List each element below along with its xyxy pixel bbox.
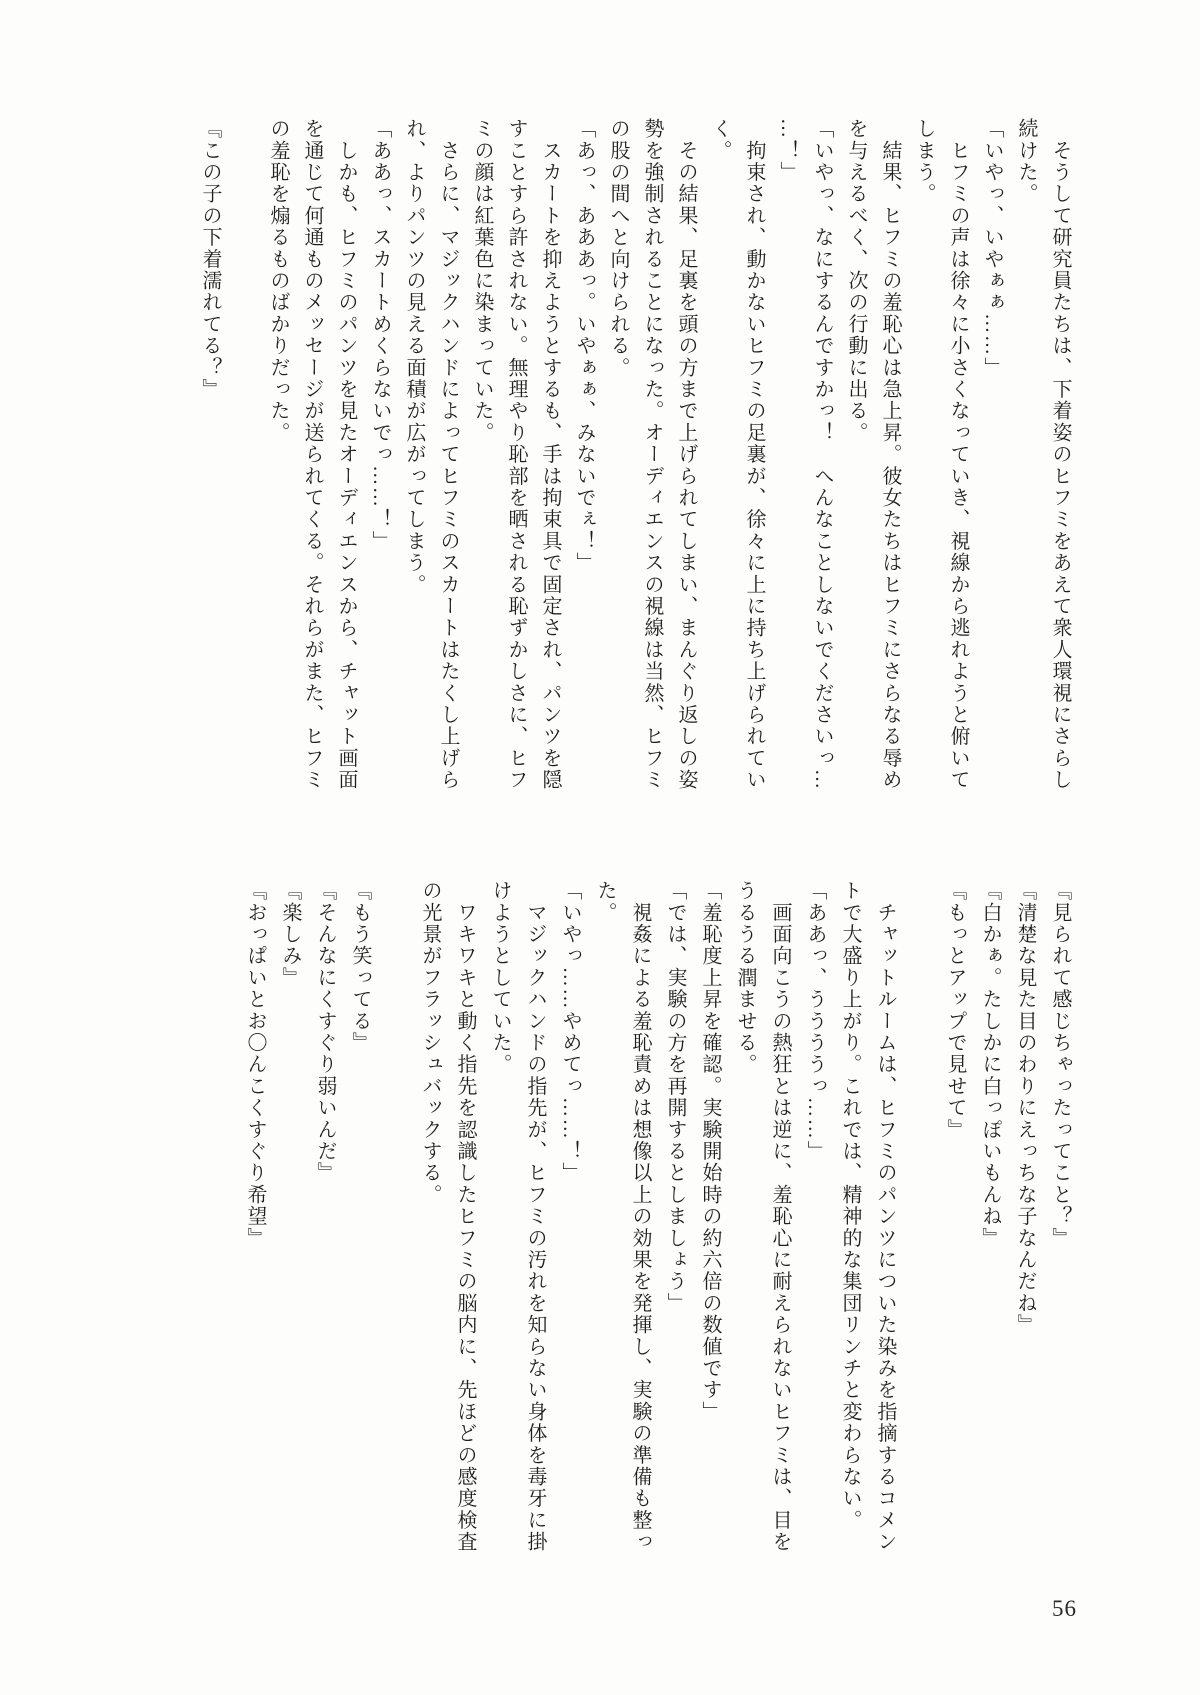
text-column — [227, 118, 261, 824]
text-column: 『この子の下着濡れてる？』 — [193, 118, 227, 824]
text-column: 「ああっ、スカートめくらないでっ……！」 — [363, 118, 397, 824]
text-column: 画面向こうの熱狂とは逆に、羞恥心に耐えられないヒフミは、目を — [762, 880, 797, 1556]
text-column: ヒフミの声は徐々に小さくなっていき、視線から逃れようと俯いて — [941, 118, 975, 824]
text-column: 「いやっ……やめてっ……！」 — [552, 880, 587, 1556]
text-column: …！」 — [771, 118, 805, 824]
text-column: た。 — [587, 880, 622, 1556]
text-column: を与えるべく、次の行動に出る。 — [839, 118, 873, 824]
text-column: 『楽しみ』 — [272, 880, 307, 1556]
text-column: すことすら許されない。無理やり恥部を晒される恥ずかしさに、ヒフ — [499, 118, 533, 824]
text-column: を通じて何通ものメッセージが送られてくる。それらがまた、ヒフミ — [295, 118, 329, 824]
text-column: 「羞恥度上昇を確認。実験開始時の約六倍の数値です」 — [692, 880, 727, 1556]
text-column: その結果、足裏を頭の方まで上げられてしまい、まんぐり返しの姿 — [669, 118, 703, 824]
text-column: の股の間へと向けられる。 — [601, 118, 635, 824]
text-column: 結果、ヒフミの羞恥心は急上昇。彼女たちはヒフミにさらなる辱め — [873, 118, 907, 824]
text-column: けようとしていた。 — [482, 880, 517, 1556]
text-column: 「では、実験の方を再開するとしましょう」 — [657, 880, 692, 1556]
text-column: れ、よりパンツの見える面積が広がってしまう。 — [397, 118, 431, 824]
novel-page: そうして研究員たちは、下着姿のヒフミをあえて衆人環視にさらし続けた。「いやっ、い… — [0, 0, 1200, 1695]
text-column: 「いやっ、いやぁぁ……」 — [975, 118, 1009, 824]
text-column: の光景がフラッシュバックする。 — [412, 880, 447, 1556]
text-column: く。 — [703, 118, 737, 824]
text-column: うるうる潤ませる。 — [727, 880, 762, 1556]
text-column: 『もっとアップで見せて』 — [937, 880, 972, 1556]
text-column: 『もう笑ってる』 — [342, 880, 377, 1556]
text-column: そうして研究員たちは、下着姿のヒフミをあえて衆人環視にさらし — [1043, 118, 1077, 824]
text-column: 視姦による羞恥責めは想像以上の効果を発揮し、実験の準備も整っ — [622, 880, 657, 1556]
page-number: 56 — [1052, 1596, 1077, 1622]
text-column: チャットルームは、ヒフミのパンツについた染みを指摘するコメン — [867, 880, 902, 1556]
text-column: 勢を強制されることになった。オーディエンスの視線は当然、ヒフミ — [635, 118, 669, 824]
text-column: 『見られて感じちゃったってこと？』 — [1042, 880, 1077, 1556]
upper-text-block: そうして研究員たちは、下着姿のヒフミをあえて衆人環視にさらし続けた。「いやっ、い… — [193, 118, 1077, 824]
text-column: ミの顔は紅葉色に染まっていた。 — [465, 118, 499, 824]
text-column: 「あっ、あああっ。いやぁぁ、みないでぇ！」 — [567, 118, 601, 824]
text-column: 「ああっ、ううううっ……」 — [797, 880, 832, 1556]
text-column: さらに、マジックハンドによってヒフミのスカートはたくし上げら — [431, 118, 465, 824]
text-column: 『白かぁ。たしかに白っぽいもんね』 — [972, 880, 1007, 1556]
lower-text-block: 『見られて感じちゃったってこと？』『清楚な見た目のわりにえっちな子なんだね』『白… — [237, 880, 1077, 1556]
text-column: 拘束され、動かないヒフミの足裏が、徐々に上に持ち上げられてい — [737, 118, 771, 824]
text-column: の羞恥を煽るものばかりだった。 — [261, 118, 295, 824]
text-column: しかも、ヒフミのパンツを見たオーディエンスから、チャット画面 — [329, 118, 363, 824]
text-column: 『清楚な見た目のわりにえっちな子なんだね』 — [1007, 880, 1042, 1556]
text-column: マジックハンドの指先が、ヒフミの汚れを知らない身体を毒牙に掛 — [517, 880, 552, 1556]
text-column: しまう。 — [907, 118, 941, 824]
text-column: 「いやっ、なにするんですかっ！ へんなことしないでくださいっ… — [805, 118, 839, 824]
text-column: 『おっぱいとお〇んこくすぐり希望』 — [237, 880, 272, 1556]
text-column: 『そんなにくすぐり弱いんだ』 — [307, 880, 342, 1556]
text-column: ワキワキと動く指先を認識したヒフミの脳内に、先ほどの感度検査 — [447, 880, 482, 1556]
text-column: トで大盛り上がり。これでは、精神的な集団リンチと変わらない。 — [832, 880, 867, 1556]
text-column — [377, 880, 412, 1556]
text-column: スカートを抑えようとするも、手は拘束具で固定され、パンツを隠 — [533, 118, 567, 824]
text-column — [902, 880, 937, 1556]
text-column: 続けた。 — [1009, 118, 1043, 824]
